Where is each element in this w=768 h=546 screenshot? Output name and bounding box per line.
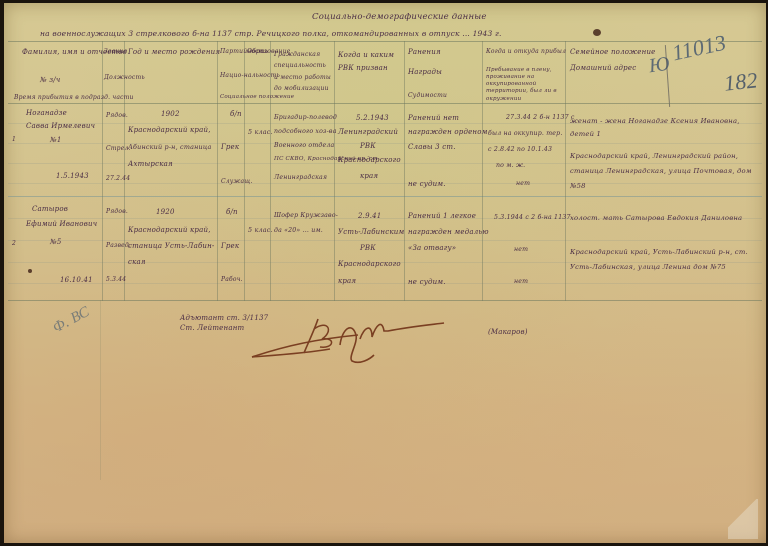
arrival-date: 1.5.1943 bbox=[56, 173, 89, 180]
table-top-border bbox=[8, 41, 762, 42]
awards: награжден орденом bbox=[408, 129, 488, 136]
draft-date: 5.2.1943 bbox=[356, 115, 389, 122]
birth-place: станица Усть-Лабин- bbox=[128, 243, 215, 250]
col-sep bbox=[270, 41, 271, 301]
table-bottom-border bbox=[8, 300, 762, 301]
civil-occupation: подсобного хоз-ва bbox=[274, 129, 337, 135]
arrival-date: 16.10.41 bbox=[60, 277, 93, 284]
col-header-captivity: Пребывание в плену, проживание на оккупи… bbox=[486, 67, 564, 103]
signer-rank: Ст. Лейтенант bbox=[180, 325, 244, 332]
captivity-info: нет bbox=[514, 279, 528, 285]
archive-number: 11013 bbox=[670, 32, 728, 65]
col-sep bbox=[482, 41, 483, 301]
col-header-social: Социальное положение bbox=[220, 95, 294, 101]
col-header-awards: Награды bbox=[408, 69, 442, 76]
page-number: 182 bbox=[723, 69, 759, 94]
ink-spot bbox=[28, 269, 32, 273]
ink-blot bbox=[593, 29, 601, 36]
draft-office: РВК bbox=[360, 143, 376, 150]
col-header-rank: Звание bbox=[104, 49, 127, 55]
signer-name: (Макаров) bbox=[488, 329, 528, 336]
unit-number: №5 bbox=[50, 239, 61, 246]
awards: награжден медалью bbox=[408, 229, 489, 236]
draft-office: Усть-Лабинским bbox=[338, 229, 404, 236]
col-sep bbox=[565, 41, 566, 301]
civil-occupation: Бригадир-полевод bbox=[274, 115, 337, 121]
col-header-name-sub: № з/ч bbox=[40, 77, 60, 84]
wounds: Ранений нет bbox=[408, 115, 459, 122]
soldier-given-names: Савва Ирмелевич bbox=[26, 123, 95, 130]
home-address: Краснодарский край, Усть-Лабинский р-н, … bbox=[570, 245, 762, 275]
position-date: 27.2.44 bbox=[106, 176, 130, 182]
convictions: не судим. bbox=[408, 279, 446, 286]
social-status: Служащ. bbox=[221, 179, 253, 185]
convictions: не судим. bbox=[408, 181, 446, 188]
birth-place: Краснодарский край, bbox=[128, 227, 211, 234]
col-header-arrival: Когда и откуда прибыл bbox=[486, 49, 566, 55]
faint-ruling bbox=[100, 300, 101, 480]
draft-office: края bbox=[360, 173, 378, 180]
col-header-birth: Год и место рождения bbox=[128, 49, 220, 56]
social-status: Рабоч. bbox=[221, 277, 243, 283]
awards: «За отвагу» bbox=[408, 245, 456, 252]
draft-office: РВК bbox=[360, 245, 376, 252]
birth-place: Ахтырская bbox=[128, 161, 173, 168]
row-index: 1 bbox=[12, 137, 16, 143]
ruling bbox=[8, 240, 762, 241]
wounds: Ранений 1 легкое bbox=[408, 213, 476, 220]
draft-office: Краснодарского bbox=[338, 157, 401, 164]
civil-occupation: да «20» ... им. bbox=[274, 228, 323, 234]
draft-date: 2.9.41 bbox=[358, 213, 381, 220]
col-header-wounds: Ранения bbox=[408, 49, 441, 56]
row-divider bbox=[8, 196, 762, 197]
paper-corner-fold bbox=[728, 499, 758, 539]
party: б/п bbox=[230, 111, 242, 118]
education: 5 клас. bbox=[248, 129, 273, 135]
col-header-nationality: Нацио-нальность bbox=[220, 73, 280, 79]
margin-pencil-note: Ф. ВС bbox=[51, 305, 93, 337]
soldier-surname: Сатыров bbox=[32, 206, 68, 213]
birth-place: Абинский р-н, станица bbox=[128, 144, 212, 150]
draft-office: Краснодарского bbox=[338, 261, 401, 268]
captivity-info: нет bbox=[516, 181, 530, 187]
civil-occupation: Шофер Кружзаво- bbox=[274, 213, 338, 219]
col-sep bbox=[102, 41, 103, 301]
birth-place: Краснодарский край, bbox=[128, 127, 211, 134]
civil-occupation: Ленинградская bbox=[274, 175, 327, 181]
rank: Рядов. bbox=[106, 113, 128, 119]
col-header-draft: Когда и каким РВК призван bbox=[338, 49, 402, 76]
soldier-given-names: Ефимий Иванович bbox=[26, 221, 97, 228]
awards: Славы 3 ст. bbox=[408, 144, 456, 151]
col-sep bbox=[217, 41, 218, 301]
unit-number: №1 bbox=[50, 137, 61, 144]
arrival-info: 27.3.44 2 б-н 1137 с bbox=[506, 115, 575, 121]
draft-office: края bbox=[338, 278, 356, 285]
col-header-convictions: Судимости bbox=[408, 93, 447, 99]
row-index: 2 bbox=[12, 241, 16, 247]
col-header-address: Домашний адрес bbox=[570, 65, 636, 72]
header-bottom-border bbox=[8, 103, 762, 104]
rank: Рядов. bbox=[106, 209, 128, 215]
ruling bbox=[8, 283, 762, 284]
captivity-info: нет bbox=[514, 247, 528, 253]
ruling bbox=[8, 143, 762, 144]
home-address: Краснодарский край, Ленинградский район,… bbox=[570, 149, 762, 194]
document-subtitle: на военнослужащих 3 стрелкового б-на 113… bbox=[40, 30, 502, 38]
draft-office: Ленинградский bbox=[338, 129, 398, 136]
soldier-surname: Ноганадзе bbox=[26, 110, 67, 117]
family-status: женат - жена Ноганадзе Ксения Ивановна, … bbox=[570, 115, 760, 141]
col-sep bbox=[244, 41, 245, 301]
col-header-name-note: Время прибытия в подразд. части bbox=[14, 95, 134, 101]
family-status: холост. мать Сатырова Евдокия Даниловна bbox=[570, 215, 742, 222]
col-header-family: Семейное положение bbox=[570, 49, 656, 56]
col-sep bbox=[334, 41, 335, 301]
nationality: Грек bbox=[221, 243, 239, 250]
captivity-info: с 2.8.42 по 10.1.43 bbox=[488, 147, 552, 153]
nationality: Грек bbox=[221, 144, 239, 151]
captivity-info: был на оккупир. тер. bbox=[488, 131, 562, 137]
birth-year: 1920 bbox=[156, 209, 175, 216]
birth-year: 1902 bbox=[161, 111, 180, 118]
document-title: Социально-демографические данные bbox=[312, 13, 487, 22]
col-header-position: Должность bbox=[104, 75, 145, 81]
education: 5 клас. bbox=[248, 227, 273, 233]
col-sep bbox=[404, 41, 405, 301]
captivity-info: по м. ж. bbox=[496, 163, 525, 169]
signature bbox=[248, 309, 448, 369]
document-sheet: Социально-демографические данные на воен… bbox=[4, 3, 766, 543]
birth-place: ская bbox=[128, 259, 146, 266]
position-date: 5.3.44 bbox=[106, 277, 126, 283]
civil-occupation: Военного отдела bbox=[274, 143, 334, 149]
party: б/п bbox=[226, 209, 238, 216]
arrival-info: 5.3.1944 с 2 б-на 1137 bbox=[494, 215, 571, 221]
col-header-civil: Гражданская специальность и место работы… bbox=[274, 49, 332, 95]
position: Стрел. bbox=[106, 146, 131, 152]
